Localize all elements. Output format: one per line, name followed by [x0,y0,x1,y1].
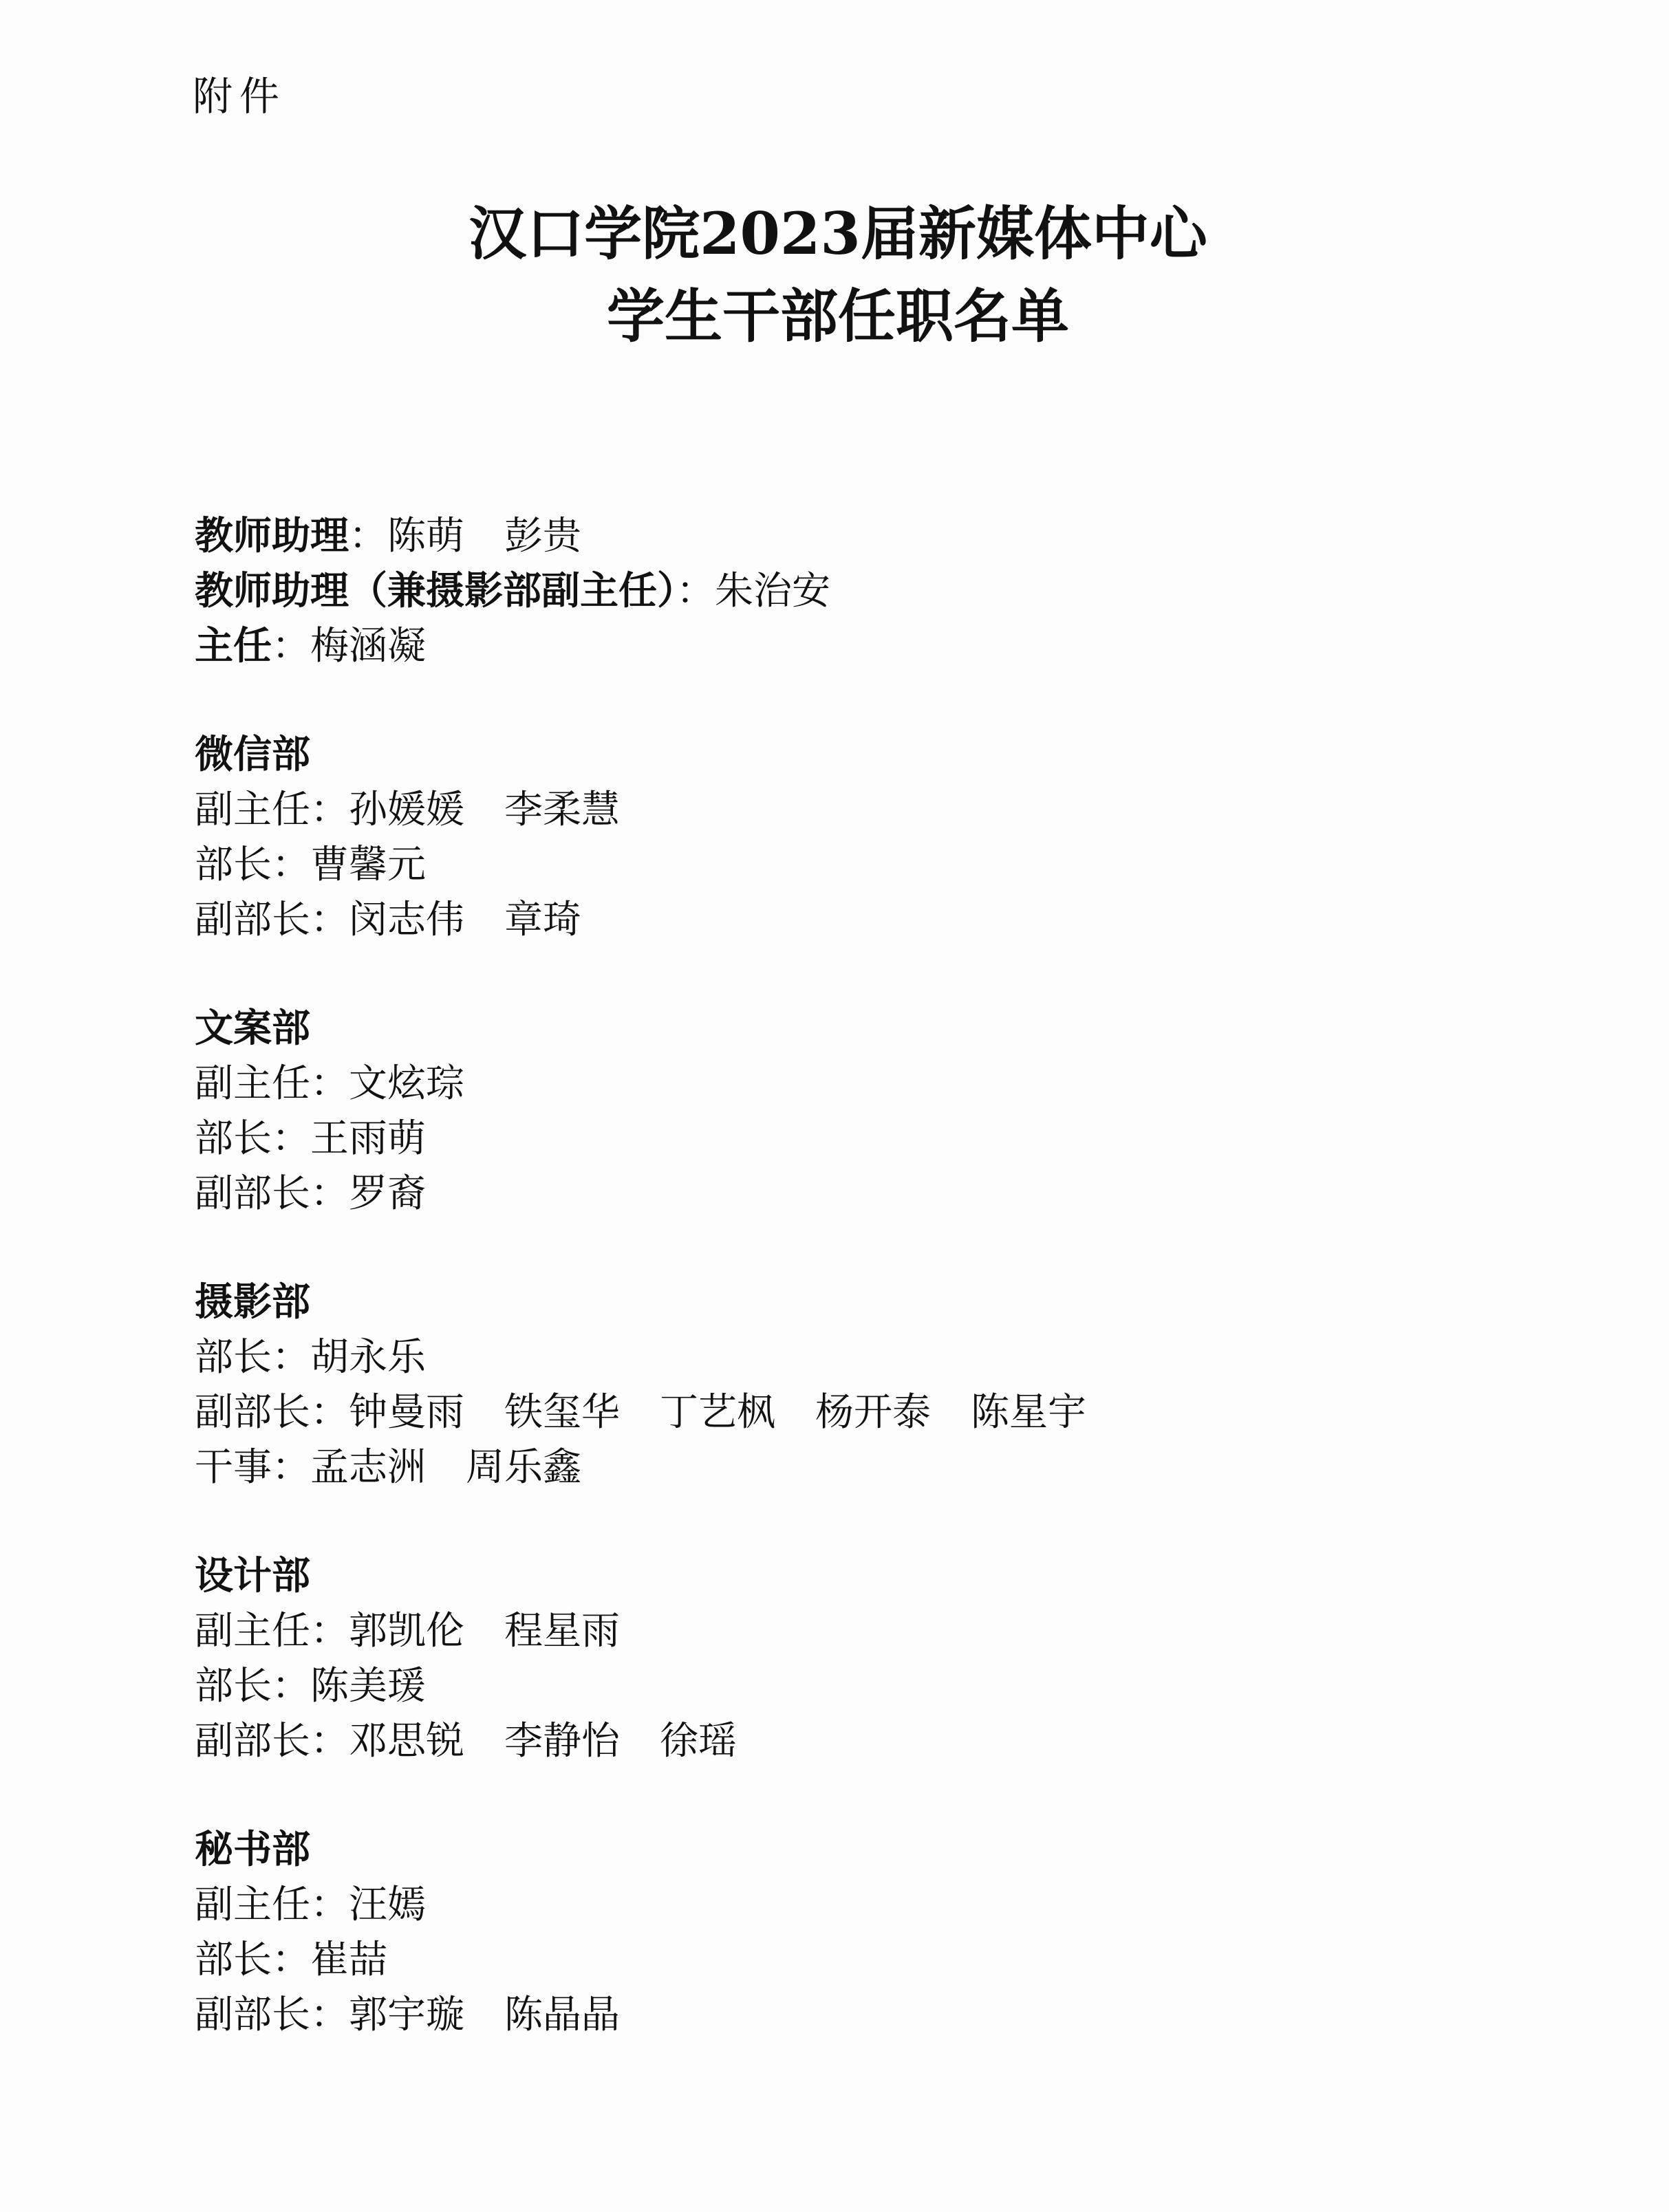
role-label: 副主任 [195,788,310,832]
role-separator: ： [272,624,310,669]
role-separator: ： [272,1938,310,1982]
department-heading: 摄影部 [195,1275,1571,1330]
role-separator: ： [310,1390,349,1435]
role-separator: ： [310,1609,349,1653]
role-label: 副部长 [195,1390,310,1435]
role-names: 梅涵凝 [310,624,426,669]
title-line-2: 学生干部任职名单 [0,275,1669,358]
attachment-label: 附件 [193,69,286,124]
role-row: 部长：曹馨元 [195,838,1571,893]
person-name: 梅涵凝 [310,619,426,674]
role-row: 部长：王雨萌 [195,1112,1571,1167]
person-name: 李柔慧 [504,783,620,838]
role-names: 曹馨元 [310,843,426,887]
role-label: 干事 [195,1445,272,1490]
person-name: 章琦 [504,893,581,948]
person-name: 陈晶晶 [504,1988,620,2043]
role-names: 孟志洲周乐鑫 [310,1445,581,1490]
person-name: 李静怡 [504,1714,620,1769]
role-label: 部长 [195,1116,272,1161]
role-separator: ： [310,1061,349,1106]
role-separator: ： [272,1445,310,1490]
role-separator: ： [310,788,349,832]
person-name: 邓思锐 [349,1714,464,1769]
role-row: 副主任：郭凯伦程星雨 [195,1604,1571,1659]
role-separator: ： [310,1993,349,2037]
person-name: 钟曼雨 [349,1385,464,1440]
department-photography: 摄影部 部长：胡永乐 副部长：钟曼雨铁玺华丁艺枫杨开泰陈星宇 干事：孟志洲周乐鑫 [195,1275,1571,1495]
role-names: 陈萌彭贵 [387,514,581,559]
person-name: 周乐鑫 [466,1440,581,1495]
department-heading: 秘书部 [195,1823,1571,1878]
role-row: 副部长：郭宇璇陈晶晶 [195,1988,1571,2043]
role-label: 教师助理（兼摄影部副主任） [195,569,676,614]
person-name: 孙媛媛 [349,783,464,838]
role-label: 部长 [195,1664,272,1709]
person-name: 胡永乐 [310,1330,426,1385]
person-name: 闵志伟 [349,893,464,948]
role-label: 副部长 [195,898,310,942]
role-label: 主任 [195,624,272,669]
role-label: 副主任 [195,1061,310,1106]
person-name: 陈萌 [387,509,464,564]
role-row: 部长：胡永乐 [195,1330,1571,1385]
role-row-director: 主任：梅涵凝 [195,619,1571,674]
role-separator: ： [310,1171,349,1216]
role-row-teacher-assistant-photo-deputy: 教师助理（兼摄影部副主任）：朱治安 [195,564,1571,619]
role-names: 朱治安 [715,569,830,614]
role-separator: ： [676,569,715,614]
department-heading: 设计部 [195,1549,1571,1604]
role-row: 副部长：罗裔 [195,1167,1571,1222]
role-row: 副主任：文炫琮 [195,1056,1571,1112]
person-name: 丁艺枫 [660,1385,775,1440]
role-separator: ： [310,1719,349,1764]
role-label: 副部长 [195,1719,310,1764]
department-design: 设计部 副主任：郭凯伦程星雨 部长：陈美瑗 副部长：邓思锐李静怡徐瑶 [195,1549,1571,1769]
person-name: 郭宇璇 [349,1988,464,2043]
role-names: 钟曼雨铁玺华丁艺枫杨开泰陈星宇 [349,1390,1086,1435]
person-name: 陈美瑗 [310,1659,426,1714]
role-row: 部长：陈美瑗 [195,1659,1571,1714]
person-name: 杨开泰 [815,1385,931,1440]
role-names: 孙媛媛李柔慧 [349,788,620,832]
person-name: 朱治安 [715,564,830,619]
role-label: 副部长 [195,1993,310,2037]
department-heading: 微信部 [195,728,1571,783]
role-label: 教师助理 [195,514,349,559]
role-label: 部长 [195,843,272,887]
role-separator: ： [272,843,310,887]
role-names: 胡永乐 [310,1335,426,1380]
role-label: 部长 [195,1335,272,1380]
person-name: 罗裔 [349,1167,426,1222]
role-separator: ： [272,1116,310,1161]
role-names: 郭凯伦程星雨 [349,1609,620,1653]
document-title: 汉口学院2023届新媒体中心 学生干部任职名单 [0,193,1669,358]
person-name: 徐瑶 [660,1714,737,1769]
person-name: 文炫琮 [349,1056,464,1112]
person-name: 崔喆 [310,1933,387,1988]
role-names: 郭宇璇陈晶晶 [349,1993,620,2037]
person-name: 汪嫣 [349,1878,426,1933]
top-roles: 教师助理：陈萌彭贵 教师助理（兼摄影部副主任）：朱治安 主任：梅涵凝 [195,509,1571,674]
role-row: 副部长：钟曼雨铁玺华丁艺枫杨开泰陈星宇 [195,1385,1571,1440]
role-row: 副部长：闵志伟章琦 [195,893,1571,948]
person-name: 曹馨元 [310,838,426,893]
role-row: 部长：崔喆 [195,1933,1571,1988]
person-name: 陈星宇 [971,1385,1086,1440]
department-copywriting: 文案部 副主任：文炫琮 部长：王雨萌 副部长：罗裔 [195,1001,1571,1222]
role-separator: ： [310,1883,349,1927]
person-name: 郭凯伦 [349,1604,464,1659]
role-names: 陈美瑗 [310,1664,426,1709]
role-row: 副部长：邓思锐李静怡徐瑶 [195,1714,1571,1769]
role-names: 汪嫣 [349,1883,426,1927]
role-label: 部长 [195,1938,272,1982]
department-heading: 文案部 [195,1001,1571,1056]
person-name: 程星雨 [504,1604,620,1659]
document-page: 附件 汉口学院2023届新媒体中心 学生干部任职名单 教师助理：陈萌彭贵 教师助… [0,0,1669,2212]
role-names: 闵志伟章琦 [349,898,581,942]
title-line-1: 汉口学院2023届新媒体中心 [0,193,1669,275]
role-separator: ： [349,514,387,559]
role-separator: ： [272,1335,310,1380]
role-separator: ： [310,898,349,942]
person-name: 彭贵 [504,509,581,564]
role-names: 崔喆 [310,1938,387,1982]
role-names: 王雨萌 [310,1116,426,1161]
role-row: 副主任：孙媛媛李柔慧 [195,783,1571,838]
role-label: 副部长 [195,1171,310,1216]
role-row-teacher-assistant: 教师助理：陈萌彭贵 [195,509,1571,564]
role-separator: ： [272,1664,310,1709]
person-name: 王雨萌 [310,1112,426,1167]
role-row: 副主任：汪嫣 [195,1878,1571,1933]
department-wechat: 微信部 副主任：孙媛媛李柔慧 部长：曹馨元 副部长：闵志伟章琦 [195,728,1571,948]
person-name: 孟志洲 [310,1440,426,1495]
role-row: 干事：孟志洲周乐鑫 [195,1440,1571,1495]
role-label: 副主任 [195,1609,310,1653]
department-secretariat: 秘书部 副主任：汪嫣 部长：崔喆 副部长：郭宇璇陈晶晶 [195,1823,1571,2043]
person-name: 铁玺华 [504,1385,620,1440]
role-names: 邓思锐李静怡徐瑶 [349,1719,737,1764]
role-names: 罗裔 [349,1171,426,1216]
role-label: 副主任 [195,1883,310,1927]
role-names: 文炫琮 [349,1061,464,1106]
roster-content: 教师助理：陈萌彭贵 教师助理（兼摄影部副主任）：朱治安 主任：梅涵凝 微信部 副… [195,509,1571,2043]
